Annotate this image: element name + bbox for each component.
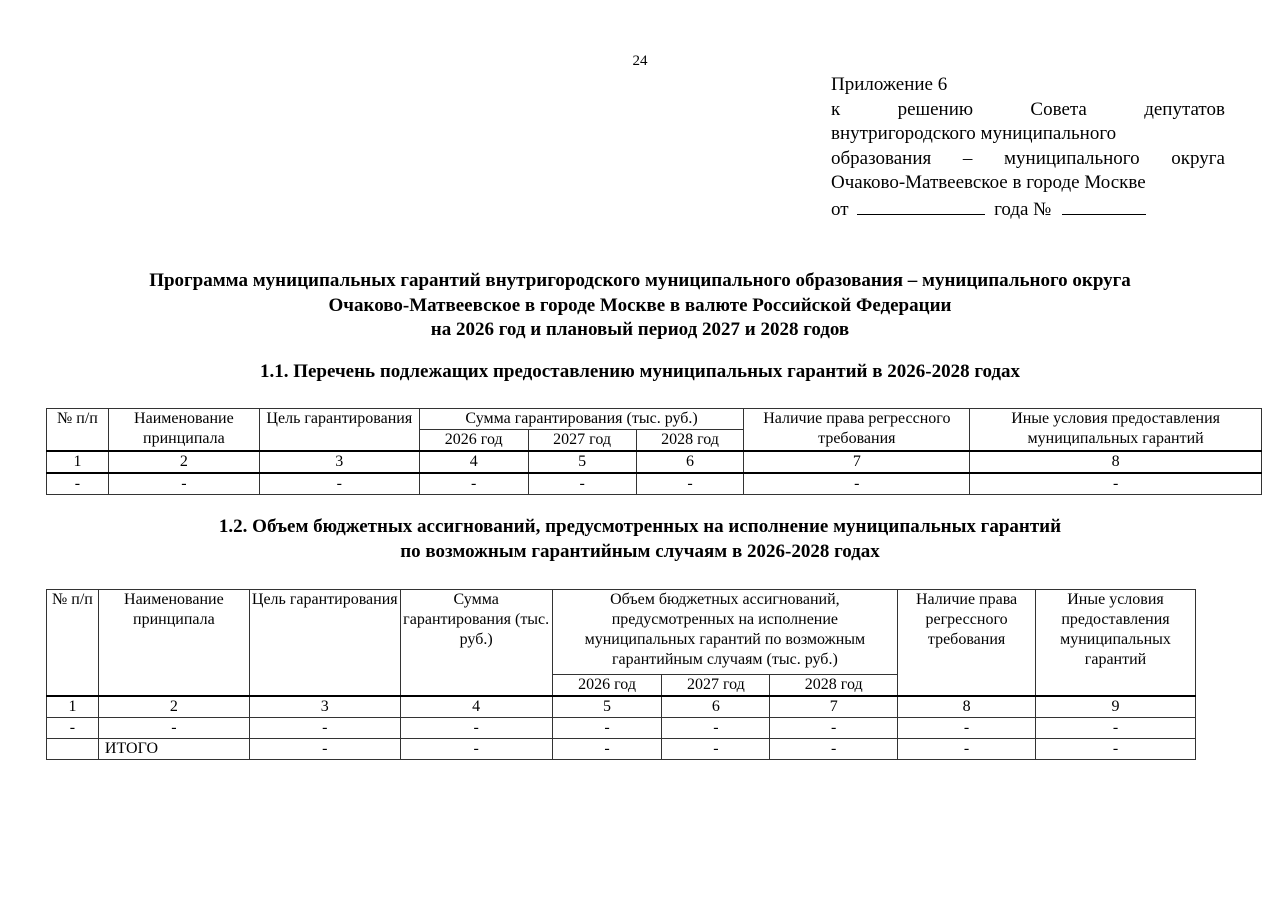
- document-title: Программа муниципальных гарантий внутриг…: [0, 269, 1280, 343]
- appendix-word: округа: [1171, 147, 1225, 172]
- header-year-2028: 2028 год: [636, 430, 744, 452]
- column-number: 2: [98, 696, 249, 718]
- table-cell: -: [770, 739, 898, 760]
- table-cell: -: [1036, 718, 1196, 739]
- table-cell: [47, 739, 99, 760]
- header-sum: Сумма гарантирования (тыс. руб.): [400, 590, 552, 697]
- column-number: 5: [528, 451, 636, 473]
- column-number: 3: [259, 451, 419, 473]
- column-number: 2: [108, 451, 259, 473]
- table-row: - - - - - - - -: [47, 473, 1262, 495]
- budget-allocations-table: № п/п Наименование принципала Цель гаран…: [46, 589, 1196, 760]
- column-number: 8: [970, 451, 1262, 473]
- section-2-title-line-2: по возможным гарантийным случаям в 2026-…: [0, 540, 1280, 565]
- header-regress: Наличие права регрессного требования: [898, 590, 1036, 697]
- column-number: 7: [744, 451, 970, 473]
- appendix-word: решению: [898, 98, 974, 123]
- table-cell: -: [259, 473, 419, 495]
- section-2-title-line-1: 1.2. Объем бюджетных ассигнований, преду…: [0, 515, 1280, 540]
- table-cell: -: [419, 473, 528, 495]
- header-year-2027: 2027 год: [528, 430, 636, 452]
- table-cell: -: [552, 718, 662, 739]
- appendix-line-5: Очаково-Матвеевское в городе Москве: [831, 171, 1225, 196]
- number-blank: [1062, 196, 1146, 215]
- appendix-line-1: Приложение 6: [831, 73, 1225, 98]
- header-year-2026: 2026 год: [419, 430, 528, 452]
- column-numbers-row: 1 2 3 4 5 6 7 8 9: [47, 696, 1196, 718]
- header-regress: Наличие права регрессного требования: [744, 409, 970, 452]
- total-row: ИТОГО - - - - - - -: [47, 739, 1196, 760]
- table-cell: -: [770, 718, 898, 739]
- table-cell: -: [898, 718, 1036, 739]
- section-2-title: 1.2. Объем бюджетных ассигнований, преду…: [0, 515, 1280, 564]
- column-number: 8: [898, 696, 1036, 718]
- appendix-number-label: года №: [994, 199, 1051, 220]
- column-number: 3: [249, 696, 400, 718]
- appendix-block: Приложение 6 к решению Совета депутатов …: [831, 73, 1225, 222]
- appendix-word: депутатов: [1144, 98, 1225, 123]
- header-num: № п/п: [47, 590, 99, 697]
- appendix-word: –: [963, 147, 973, 172]
- section-1-title: 1.1. Перечень подлежащих предоставлению …: [0, 360, 1280, 385]
- appendix-word: Совета: [1030, 98, 1086, 123]
- table-row: - - - - - - - - -: [47, 718, 1196, 739]
- column-number: 4: [419, 451, 528, 473]
- appendix-date-prefix: от: [831, 199, 849, 220]
- table-cell: -: [1036, 739, 1196, 760]
- table-cell: -: [744, 473, 970, 495]
- column-number: 1: [47, 696, 99, 718]
- table-cell: -: [400, 739, 552, 760]
- table-cell: -: [47, 718, 99, 739]
- appendix-word: к: [831, 98, 840, 123]
- appendix-word: муниципального: [1004, 147, 1140, 172]
- column-number: 7: [770, 696, 898, 718]
- table-cell: -: [898, 739, 1036, 760]
- table-cell: -: [108, 473, 259, 495]
- table-cell: -: [249, 718, 400, 739]
- column-numbers-row: 1 2 3 4 5 6 7 8: [47, 451, 1262, 473]
- column-number: 6: [636, 451, 744, 473]
- table-cell: -: [400, 718, 552, 739]
- header-year-2026: 2026 год: [552, 675, 662, 697]
- header-num: № п/п: [47, 409, 109, 452]
- table-cell: -: [98, 718, 249, 739]
- table-cell: -: [528, 473, 636, 495]
- table-cell: -: [47, 473, 109, 495]
- header-other-conditions: Иные условия предоставления муниципальны…: [970, 409, 1262, 452]
- total-label: ИТОГО: [98, 739, 249, 760]
- header-principal: Наименование принципала: [98, 590, 249, 697]
- column-number: 5: [552, 696, 662, 718]
- appendix-line-6: от года №: [831, 196, 1225, 223]
- table-cell: -: [636, 473, 744, 495]
- page-number: 24: [0, 53, 1280, 70]
- table-cell: -: [970, 473, 1262, 495]
- column-number: 6: [662, 696, 770, 718]
- column-number: 9: [1036, 696, 1196, 718]
- header-year-2027: 2027 год: [662, 675, 770, 697]
- header-principal: Наименование принципала: [108, 409, 259, 452]
- title-line-1: Программа муниципальных гарантий внутриг…: [0, 269, 1280, 294]
- table-cell: -: [662, 718, 770, 739]
- header-sum-group: Сумма гарантирования (тыс. руб.): [419, 409, 744, 430]
- guarantees-list-table: № п/п Наименование принципала Цель гаран…: [46, 408, 1262, 495]
- appendix-word: образования: [831, 147, 931, 172]
- appendix-line-4: образования – муниципального округа: [831, 147, 1225, 172]
- table-cell: -: [552, 739, 662, 760]
- appendix-line-2: к решению Совета депутатов: [831, 98, 1225, 123]
- title-line-2: Очаково-Матвеевское в городе Москве в ва…: [0, 294, 1280, 319]
- column-number: 1: [47, 451, 109, 473]
- table-cell: -: [249, 739, 400, 760]
- table-cell: -: [662, 739, 770, 760]
- header-purpose: Цель гарантирования: [259, 409, 419, 452]
- title-line-3: на 2026 год и плановый период 2027 и 202…: [0, 318, 1280, 343]
- header-budget-group: Объем бюджетных ассигнований, предусмотр…: [552, 590, 898, 675]
- appendix-line-3: внутригородского муниципального: [831, 122, 1225, 147]
- header-other-conditions: Иные условия предоставления муниципальны…: [1036, 590, 1196, 697]
- date-blank: [857, 196, 985, 215]
- header-purpose: Цель гарантирования: [249, 590, 400, 697]
- header-year-2028: 2028 год: [770, 675, 898, 697]
- column-number: 4: [400, 696, 552, 718]
